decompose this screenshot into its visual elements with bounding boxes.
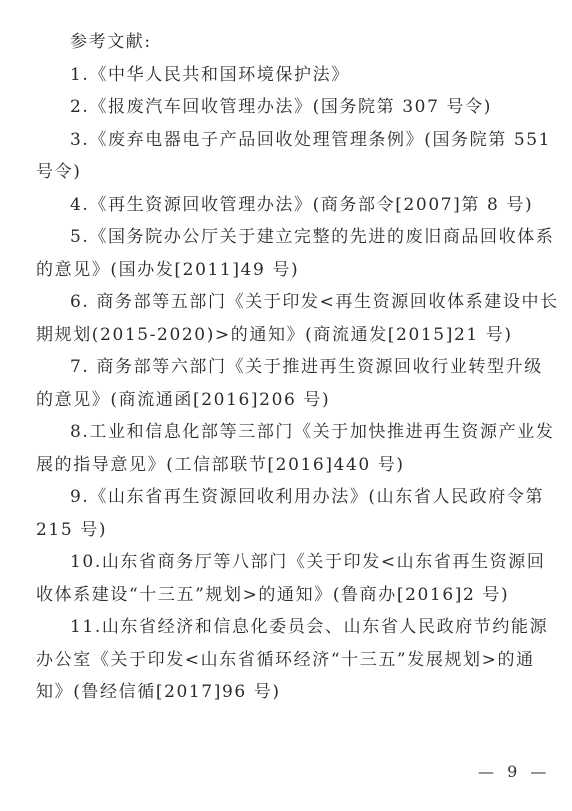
reference-2: 2.《报废汽车回收管理办法》(国务院第 307 号令): [36, 91, 536, 124]
references-page: 参考文献: 1.《中华人民共和国环境保护法》 2.《报废汽车回收管理办法》(国务…: [36, 26, 536, 709]
reference-line: 5.《国务院办公厅关于建立完整的先进的废旧商品回收体系: [36, 221, 536, 254]
reference-3: 3.《废弃电器电子产品回收处理管理条例》(国务院第 551 号令): [36, 124, 536, 189]
reference-line: 3.《废弃电器电子产品回收处理管理条例》(国务院第 551: [36, 124, 536, 157]
reference-line: 8.工业和信息化部等三部门《关于加快推进再生资源产业发: [36, 416, 536, 449]
reference-10: 10.山东省商务厅等八部门《关于印发<山东省再生资源回 收体系建设“十三五”规划…: [36, 546, 536, 611]
reference-4: 4.《再生资源回收管理办法》(商务部令[2007]第 8 号): [36, 189, 536, 222]
reference-line: 期规划(2015-2020)>的通知》(商流通发[2015]21 号): [36, 319, 536, 352]
reference-7: 7. 商务部等六部门《关于推进再生资源回收行业转型升级 的意见》(商流通函[20…: [36, 351, 536, 416]
reference-line: 知》(鲁经信循[2017]96 号): [36, 676, 536, 709]
reference-line: 展的指导意见》(工信部联节[2016]440 号): [36, 449, 536, 482]
reference-5: 5.《国务院办公厅关于建立完整的先进的废旧商品回收体系 的意见》(国办发[201…: [36, 221, 536, 286]
reference-line: 收体系建设“十三五”规划>的通知》(鲁商办[2016]2 号): [36, 579, 536, 612]
reference-11: 11.山东省经济和信息化委员会、山东省人民政府节约能源 办公室《关于印发<山东省…: [36, 611, 536, 709]
reference-1: 1.《中华人民共和国环境保护法》: [36, 59, 536, 92]
reference-8: 8.工业和信息化部等三部门《关于加快推进再生资源产业发 展的指导意见》(工信部联…: [36, 416, 536, 481]
reference-line: 10.山东省商务厅等八部门《关于印发<山东省再生资源回: [36, 546, 536, 579]
page-number: — 9 —: [478, 762, 550, 781]
references-heading: 参考文献:: [36, 26, 536, 59]
reference-line: 4.《再生资源回收管理办法》(商务部令[2007]第 8 号): [36, 189, 536, 222]
reference-line: 1.《中华人民共和国环境保护法》: [36, 59, 536, 92]
reference-line: 9.《山东省再生资源回收利用办法》(山东省人民政府令第: [36, 481, 536, 514]
reference-line: 215 号): [36, 514, 536, 547]
reference-line: 的意见》(商流通函[2016]206 号): [36, 384, 536, 417]
reference-line: 6. 商务部等五部门《关于印发<再生资源回收体系建设中长: [36, 286, 536, 319]
reference-line: 7. 商务部等六部门《关于推进再生资源回收行业转型升级: [36, 351, 536, 384]
reference-line: 2.《报废汽车回收管理办法》(国务院第 307 号令): [36, 91, 536, 124]
reference-9: 9.《山东省再生资源回收利用办法》(山东省人民政府令第 215 号): [36, 481, 536, 546]
reference-6: 6. 商务部等五部门《关于印发<再生资源回收体系建设中长 期规划(2015-20…: [36, 286, 536, 351]
reference-line: 办公室《关于印发<山东省循环经济“十三五”发展规划>的通: [36, 644, 536, 677]
reference-line: 号令): [36, 156, 536, 189]
reference-line: 11.山东省经济和信息化委员会、山东省人民政府节约能源: [36, 611, 536, 644]
reference-line: 的意见》(国办发[2011]49 号): [36, 254, 536, 287]
